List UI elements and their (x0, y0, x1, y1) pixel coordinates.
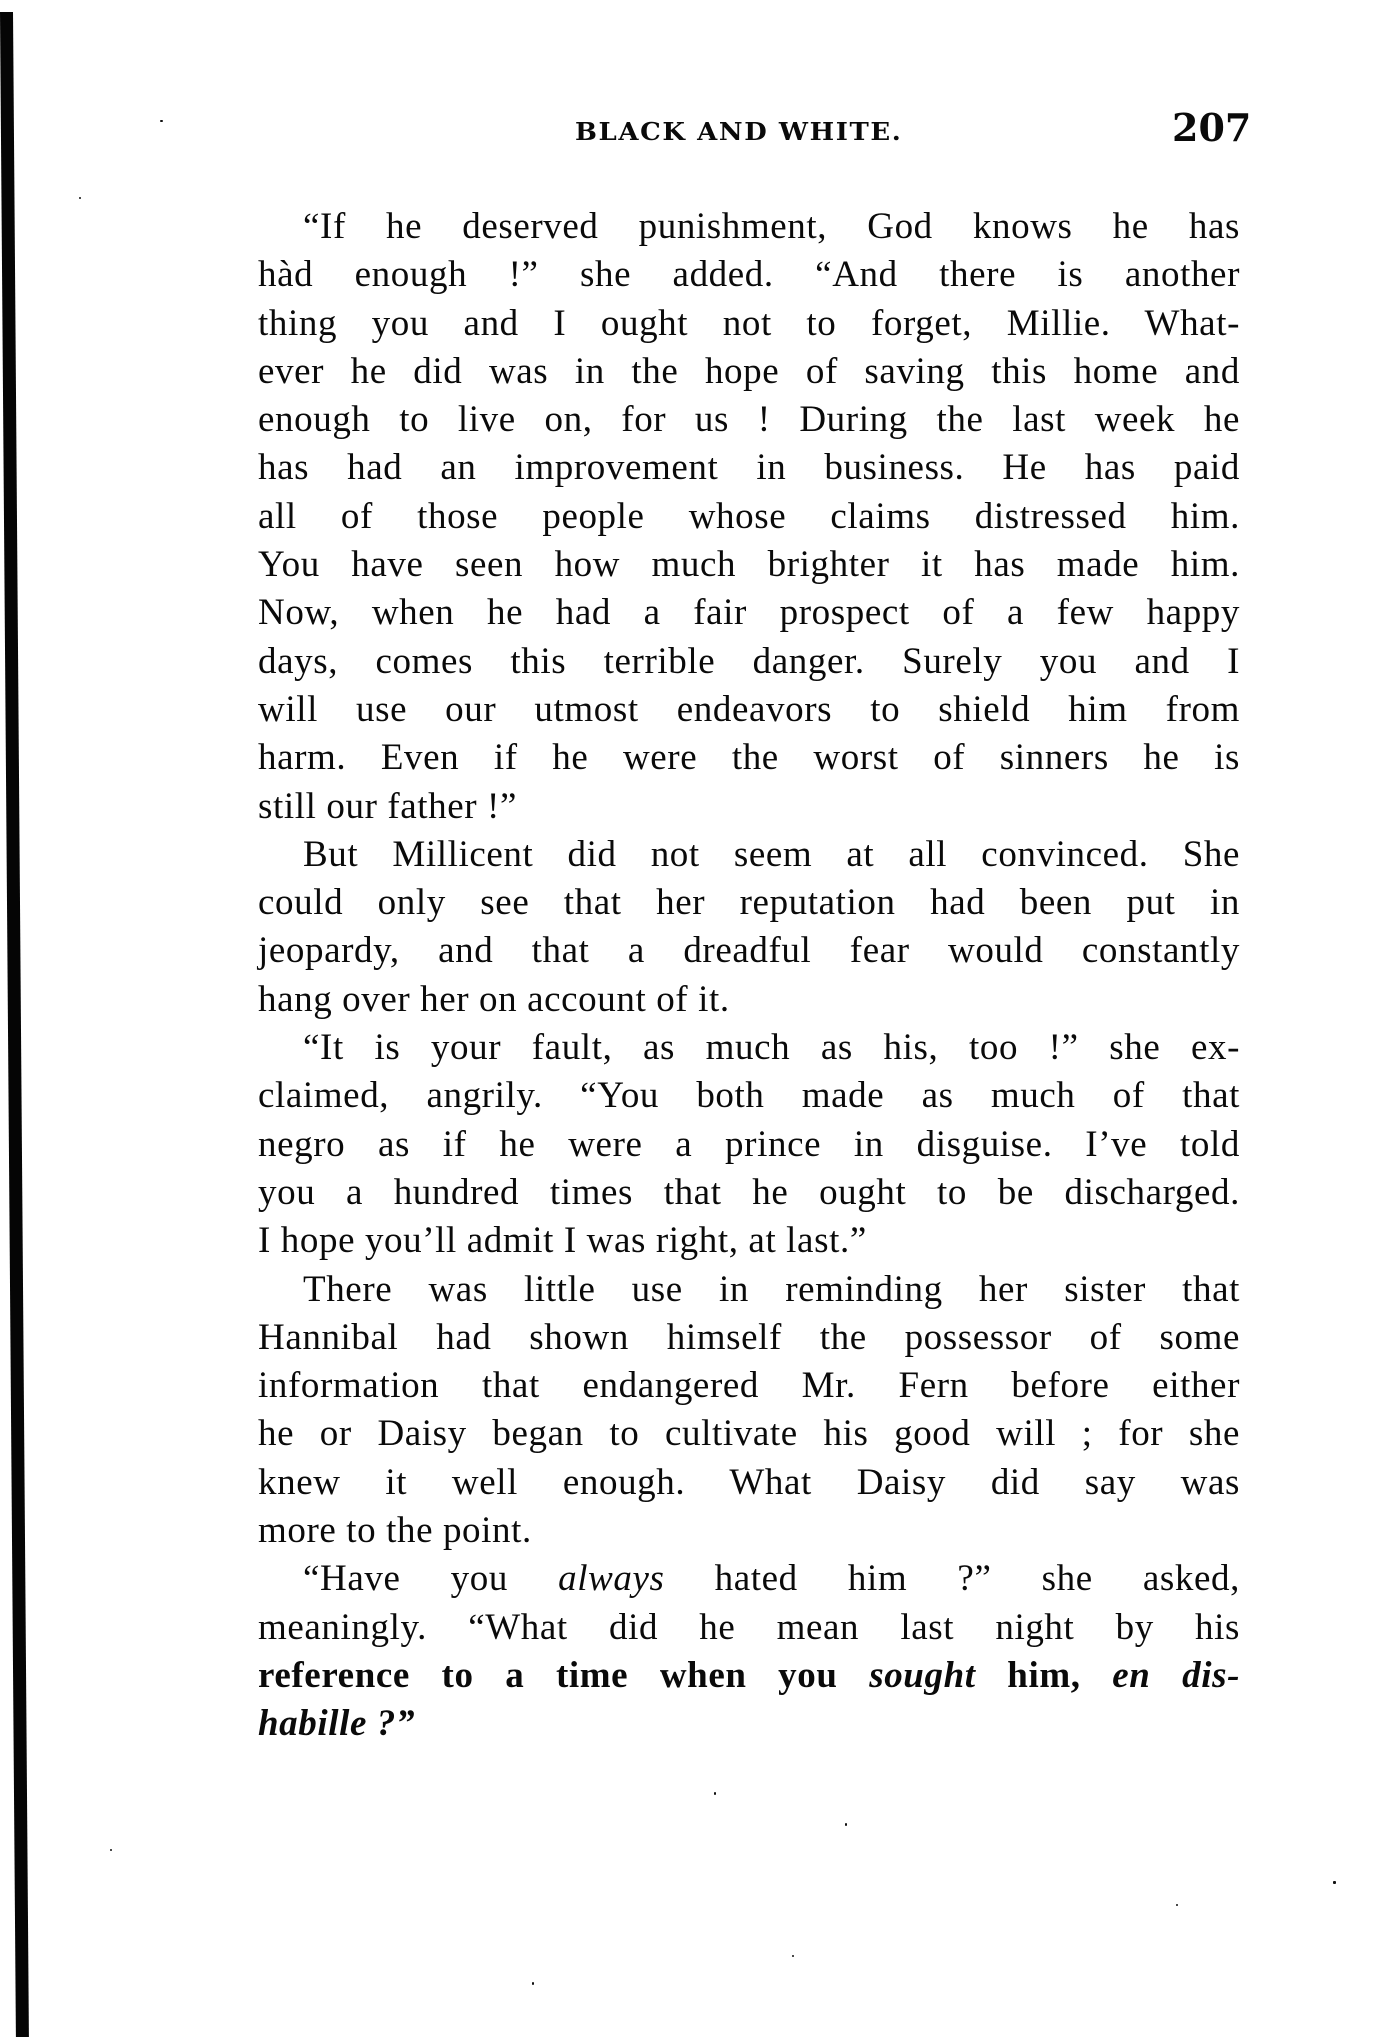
text-line: There was little use in reminding her si… (258, 1266, 1240, 1314)
text-line-content: “Have you always hated him ?” she asked, (303, 1555, 1240, 1603)
text-segment: claimed, angrily. “You both made as much… (258, 1075, 1240, 1116)
emphasis-text: always (558, 1558, 664, 1599)
text-line-content: all of those people whose claims distres… (258, 493, 1240, 541)
text-line-content: meaningly. “What did he mean last night … (258, 1604, 1240, 1652)
text-line-content: “If he deserved punishment, God knows he… (303, 203, 1240, 251)
text-line: he or Daisy began to cultivate his good … (258, 1410, 1240, 1458)
text-line-content: jeopardy, and that a dreadful fear would… (258, 927, 1240, 975)
text-line-content: will use our utmost endeavors to shield … (258, 686, 1240, 734)
body-text: “If he deserved punishment, God knows he… (258, 203, 1240, 1749)
text-line: more to the point. (258, 1507, 1240, 1555)
text-line: negro as if he were a prince in disguise… (258, 1121, 1240, 1169)
text-line: claimed, angrily. “You both made as much… (258, 1072, 1240, 1120)
text-line: meaningly. “What did he mean last night … (258, 1604, 1240, 1652)
text-segment: hang over her on account of it. (258, 979, 730, 1020)
text-segment: you a hundred times that he ought to be … (258, 1172, 1240, 1213)
scan-speck (79, 197, 81, 199)
text-line: ever he did was in the hope of saving th… (258, 348, 1240, 396)
text-segment: ever he did was in the hope of saving th… (258, 351, 1240, 392)
text-line: still our father !” (258, 783, 1240, 831)
text-segment: thing you and I ought not to forget, Mil… (258, 303, 1240, 344)
text-line-content: You have seen how much brighter it has m… (258, 541, 1240, 589)
text-line: enough to live on, for us ! During the l… (258, 396, 1240, 444)
text-line: you a hundred times that he ought to be … (258, 1169, 1240, 1217)
running-head: BLACK AND WHITE. (575, 116, 953, 148)
text-line: all of those people whose claims distres… (258, 493, 1240, 541)
text-line-content: enough to live on, for us ! During the l… (258, 396, 1240, 444)
text-segment: But Millicent did not seem at all convin… (303, 834, 1240, 875)
text-line-content: still our father !” (258, 783, 1240, 831)
text-segment: hated him ?” she asked, (664, 1558, 1240, 1599)
text-segment: will use our utmost endeavors to shield … (258, 689, 1240, 730)
text-line-content: ever he did was in the hope of saving th… (258, 348, 1240, 396)
text-segment: days, comes this terrible danger. Surely… (258, 641, 1240, 682)
text-line: has had an improvement in business. He h… (258, 444, 1240, 492)
scan-edge-bar (0, 12, 29, 2037)
scan-speck (160, 120, 163, 122)
text-segment: all of those people whose claims distres… (258, 496, 1240, 537)
text-segment: more to the point. (258, 1510, 532, 1551)
text-line-content: claimed, angrily. “You both made as much… (258, 1072, 1240, 1120)
text-segment: harm. Even if he were the worst of sinne… (258, 737, 1240, 778)
text-segment: enough to live on, for us ! During the l… (258, 399, 1240, 440)
text-line-content: Hannibal had shown himself the possessor… (258, 1314, 1240, 1362)
text-line: You have seen how much brighter it has m… (258, 541, 1240, 589)
text-line: hang over her on account of it. (258, 976, 1240, 1024)
text-line-content: hang over her on account of it. (258, 976, 1240, 1024)
text-segment: information that endangered Mr. Fern bef… (258, 1365, 1240, 1406)
text-segment: could only see that her reputation had b… (258, 882, 1240, 923)
text-segment: “Have you (303, 1558, 558, 1599)
text-line-content: days, comes this terrible danger. Surely… (258, 638, 1240, 686)
text-segment: “It is your fault, as much as his, too !… (303, 1027, 1240, 1068)
text-line-content: could only see that her reputation had b… (258, 879, 1240, 927)
text-line: “If he deserved punishment, God knows he… (258, 203, 1240, 251)
text-segment: Now, when he had a fair prospect of a fe… (258, 592, 1240, 633)
text-line-content: Now, when he had a fair prospect of a fe… (258, 589, 1240, 637)
text-segment: I hope you’ll admit I was right, at last… (258, 1220, 867, 1261)
emphasis-text: habille (258, 1703, 367, 1744)
emphasis-text: sought (869, 1655, 975, 1696)
text-segment: negro as if he were a prince in disguise… (258, 1124, 1240, 1165)
text-line: I hope you’ll admit I was right, at last… (258, 1217, 1240, 1265)
text-line: habille ?” (258, 1700, 1240, 1748)
text-line-content: But Millicent did not seem at all convin… (303, 831, 1240, 879)
text-line: Now, when he had a fair prospect of a fe… (258, 589, 1240, 637)
emphasis-text: en dis- (1112, 1655, 1240, 1696)
text-line: reference to a time when you sought him,… (258, 1652, 1240, 1700)
text-line: could only see that her reputation had b… (258, 879, 1240, 927)
text-segment: reference to a time when you (258, 1655, 869, 1696)
text-line: information that endangered Mr. Fern bef… (258, 1362, 1240, 1410)
text-line-content: harm. Even if he were the worst of sinne… (258, 734, 1240, 782)
scan-speck (1333, 1881, 1336, 1884)
text-line-content: habille ?” (258, 1700, 1240, 1748)
text-segment: him, (976, 1655, 1113, 1696)
text-line-content: he or Daisy began to cultivate his good … (258, 1410, 1240, 1458)
text-line-content: negro as if he were a prince in disguise… (258, 1121, 1240, 1169)
page-number: 207 (1172, 106, 1251, 150)
text-line: will use our utmost endeavors to shield … (258, 686, 1240, 734)
text-line: hàd enough !” she added. “And there is a… (258, 251, 1240, 299)
scan-speck (714, 1792, 716, 1795)
text-line-content: thing you and I ought not to forget, Mil… (258, 300, 1240, 348)
text-line-content: information that endangered Mr. Fern bef… (258, 1362, 1240, 1410)
text-segment: knew it well enough. What Daisy did say … (258, 1462, 1240, 1503)
text-line: harm. Even if he were the worst of sinne… (258, 734, 1240, 782)
text-line-content: you a hundred times that he ought to be … (258, 1169, 1240, 1217)
text-segment: meaningly. “What did he mean last night … (258, 1607, 1240, 1648)
emphasis-text: ?” (367, 1703, 415, 1744)
scan-speck (1176, 1904, 1178, 1906)
text-line-content: reference to a time when you sought him,… (258, 1652, 1240, 1700)
text-segment: jeopardy, and that a dreadful fear would… (258, 930, 1240, 971)
scan-speck (532, 1982, 534, 1985)
text-segment: he or Daisy began to cultivate his good … (258, 1413, 1240, 1454)
text-line: “Have you always hated him ?” she asked, (258, 1555, 1240, 1603)
text-line: knew it well enough. What Daisy did say … (258, 1459, 1240, 1507)
text-line: Hannibal had shown himself the possessor… (258, 1314, 1240, 1362)
text-segment: hàd enough !” she added. “And there is a… (258, 254, 1240, 295)
text-line: thing you and I ought not to forget, Mil… (258, 300, 1240, 348)
text-segment: There was little use in reminding her si… (303, 1269, 1240, 1310)
text-segment: still our father !” (258, 786, 517, 827)
text-line-content: hàd enough !” she added. “And there is a… (258, 251, 1240, 299)
text-segment: You have seen how much brighter it has m… (258, 544, 1240, 585)
text-line: But Millicent did not seem at all convin… (258, 831, 1240, 879)
scan-speck (110, 1849, 112, 1851)
text-line: jeopardy, and that a dreadful fear would… (258, 927, 1240, 975)
scan-speck (792, 1955, 794, 1957)
scan-speck (845, 1823, 847, 1826)
text-line-content: more to the point. (258, 1507, 1240, 1555)
text-segment: “If he deserved punishment, God knows he… (303, 206, 1240, 247)
text-line: “It is your fault, as much as his, too !… (258, 1024, 1240, 1072)
text-line-content: has had an improvement in business. He h… (258, 444, 1240, 492)
text-segment: has had an improvement in business. He h… (258, 447, 1240, 488)
text-line-content: “It is your fault, as much as his, too !… (303, 1024, 1240, 1072)
text-line: days, comes this terrible danger. Surely… (258, 638, 1240, 686)
text-line-content: knew it well enough. What Daisy did say … (258, 1459, 1240, 1507)
text-line-content: There was little use in reminding her si… (303, 1266, 1240, 1314)
text-line-content: I hope you’ll admit I was right, at last… (258, 1217, 1240, 1265)
text-segment: Hannibal had shown himself the possessor… (258, 1317, 1240, 1358)
